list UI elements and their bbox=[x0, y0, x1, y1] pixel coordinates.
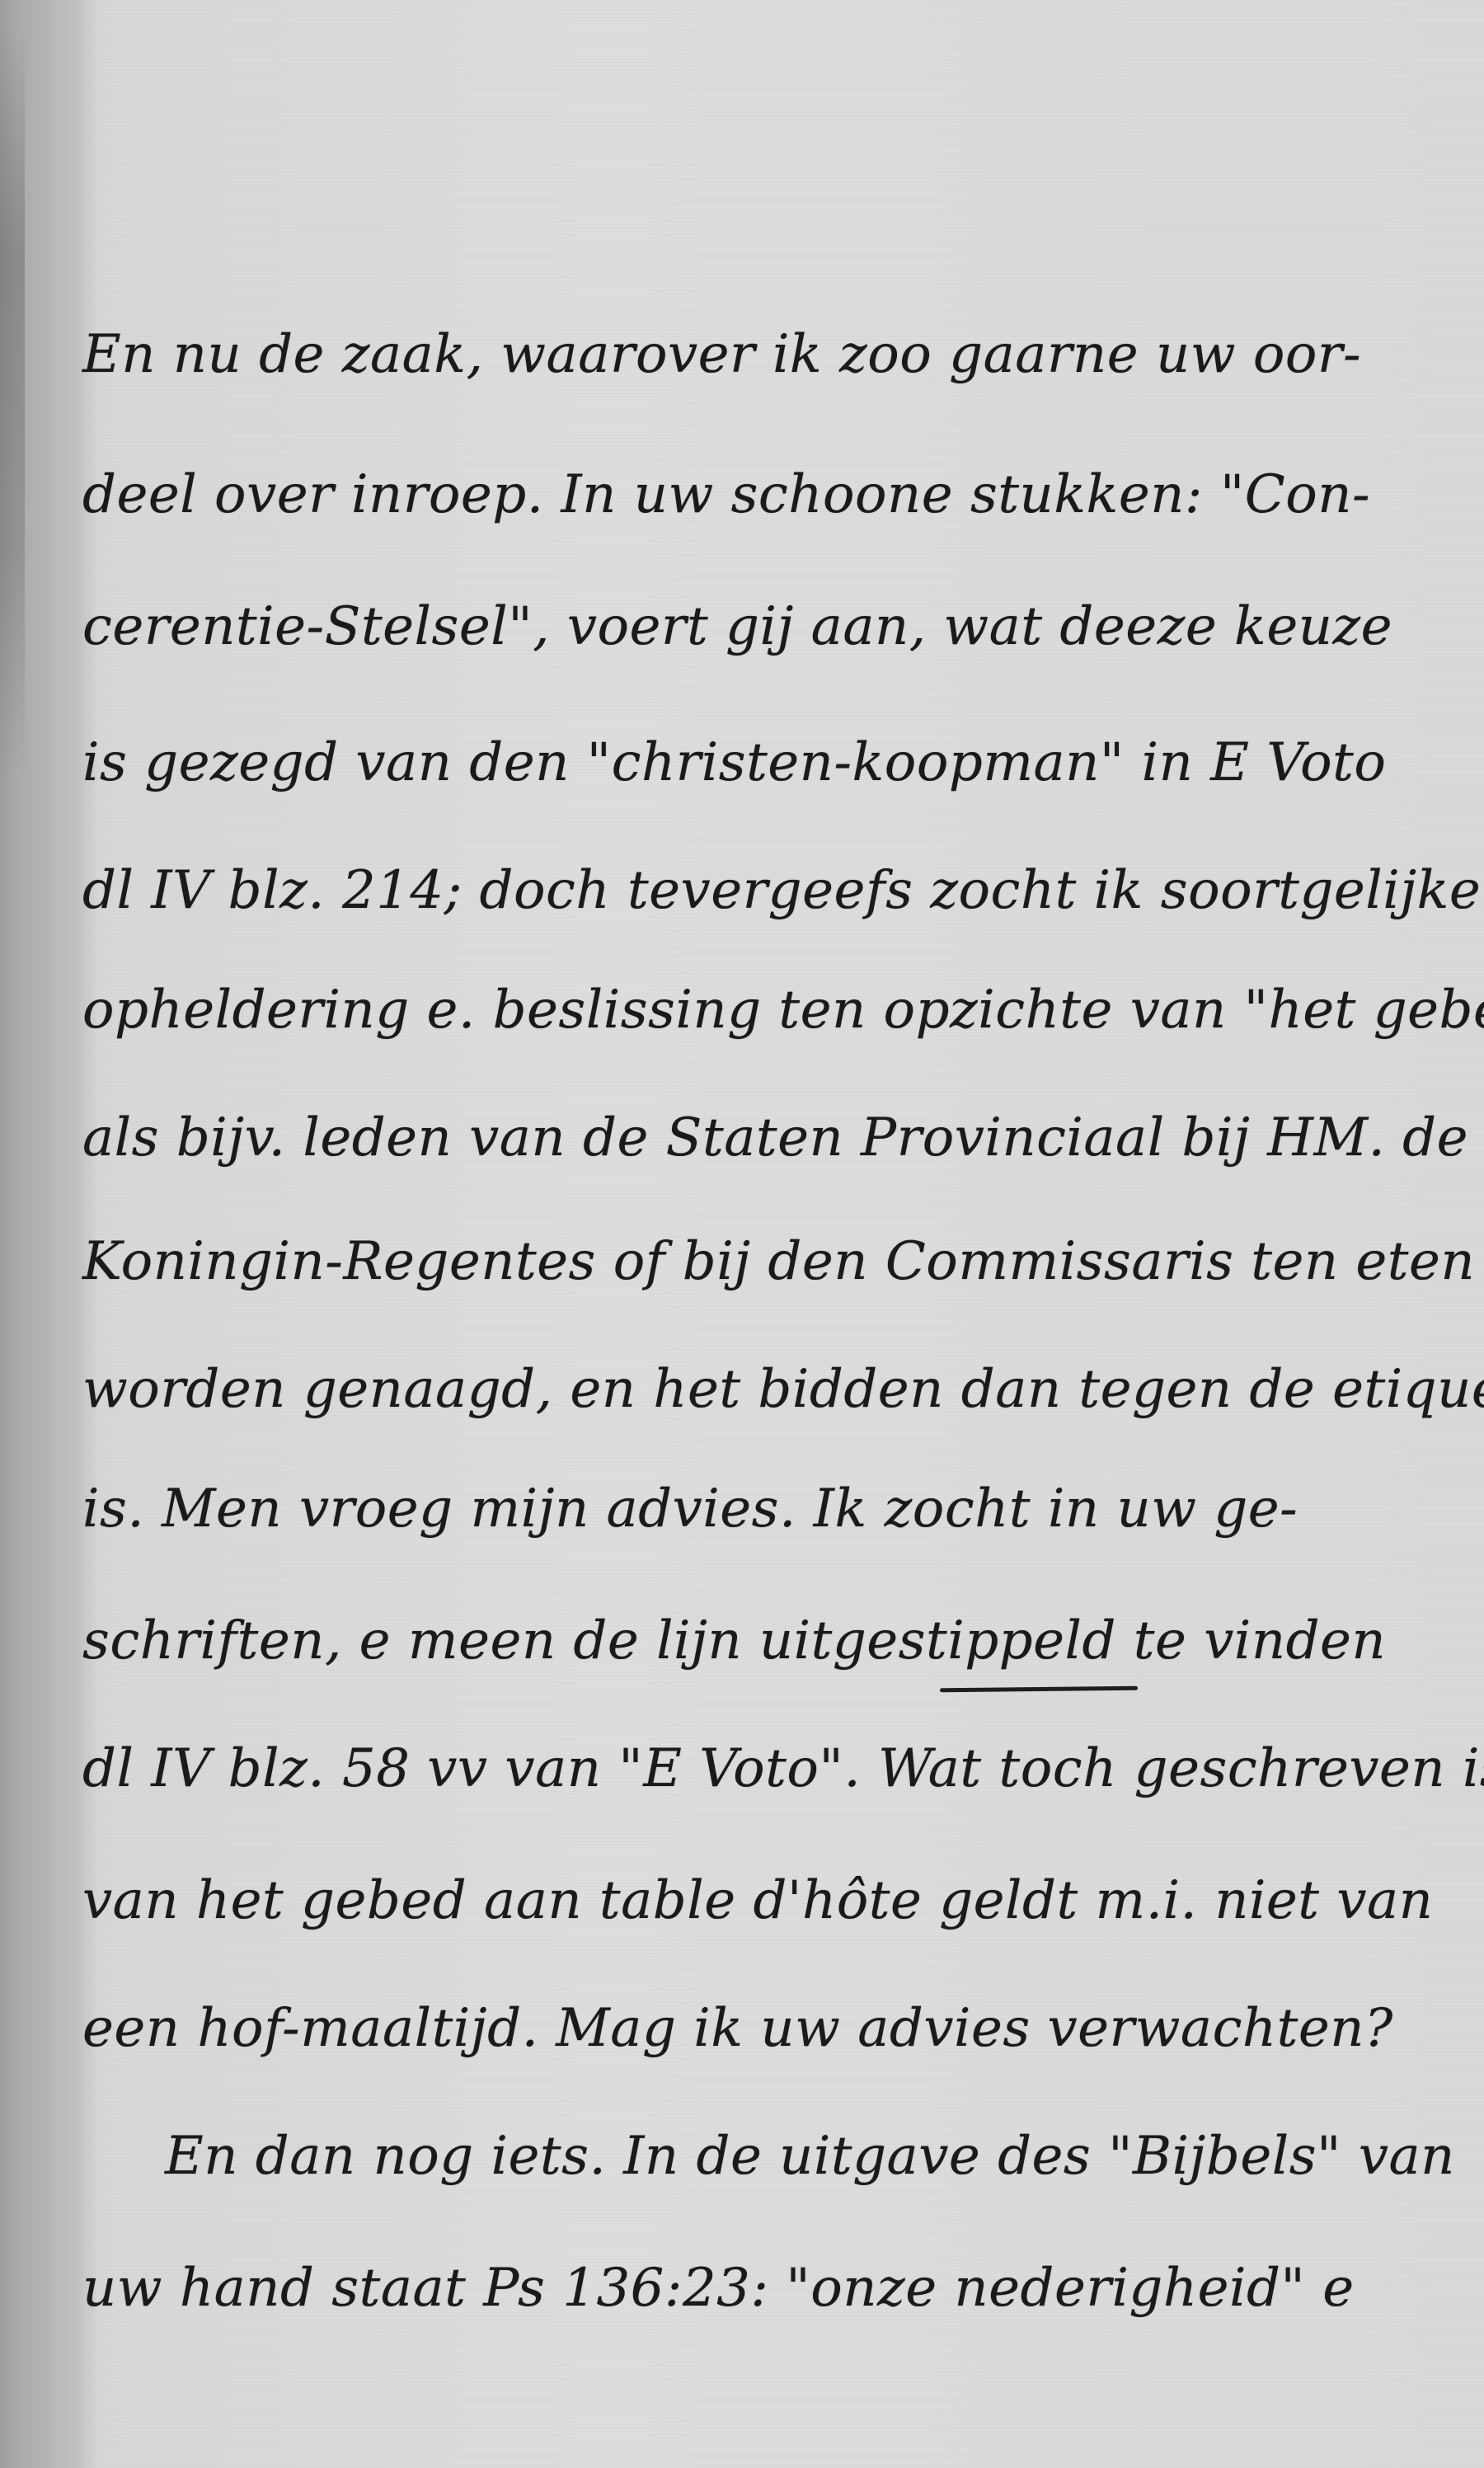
letter-line-5: dl IV blz. 214; doch tevergeefs zocht ik… bbox=[82, 841, 1476, 940]
letter-line-8: Koningin-Regentes of bij den Commissaris… bbox=[82, 1212, 1476, 1311]
letter-line-12: dl IV blz. 58 vv van "E Voto". Wat toch … bbox=[82, 1719, 1476, 1818]
letter-line-7: als bijv. leden van de Staten Provinciaa… bbox=[82, 1088, 1476, 1187]
letter-line-14: een hof-maaltijd. Mag ik uw advies verwa… bbox=[82, 1979, 1476, 2078]
letter-line-13: van het gebed aan table d'hôte geldt m.i… bbox=[82, 1851, 1476, 1950]
letter-line-2: deel over inroep. In uw schoone stukken:… bbox=[82, 445, 1476, 544]
letter-line-10: is. Men vroeg mijn advies. Ik zocht in u… bbox=[82, 1460, 1476, 1558]
letter-line-4: is gezegd van den "christen-koopman" in … bbox=[82, 713, 1476, 812]
handwritten-letter-body: En nu de zaak, waarover ik zoo gaarne uw… bbox=[0, 0, 1484, 2468]
letter-line-6: opheldering e. beslissing ten opzichte v… bbox=[82, 961, 1476, 1060]
letter-line-1: En nu de zaak, waarover ik zoo gaarne uw… bbox=[82, 305, 1476, 404]
letter-line-16: uw hand staat Ps 136:23: "onze nederighe… bbox=[82, 2239, 1476, 2338]
letter-line-9: worden genaagd, en het bidden dan tegen … bbox=[82, 1340, 1476, 1439]
letter-line-3: cerentie-Stelsel", voert gij aan, wat de… bbox=[82, 577, 1476, 676]
letter-line-15: En dan nog iets. In de uitgave des "Bijb… bbox=[165, 2107, 1484, 2206]
letter-line-11: schriften, e meen de lijn uitgestippeld … bbox=[82, 1591, 1476, 1690]
